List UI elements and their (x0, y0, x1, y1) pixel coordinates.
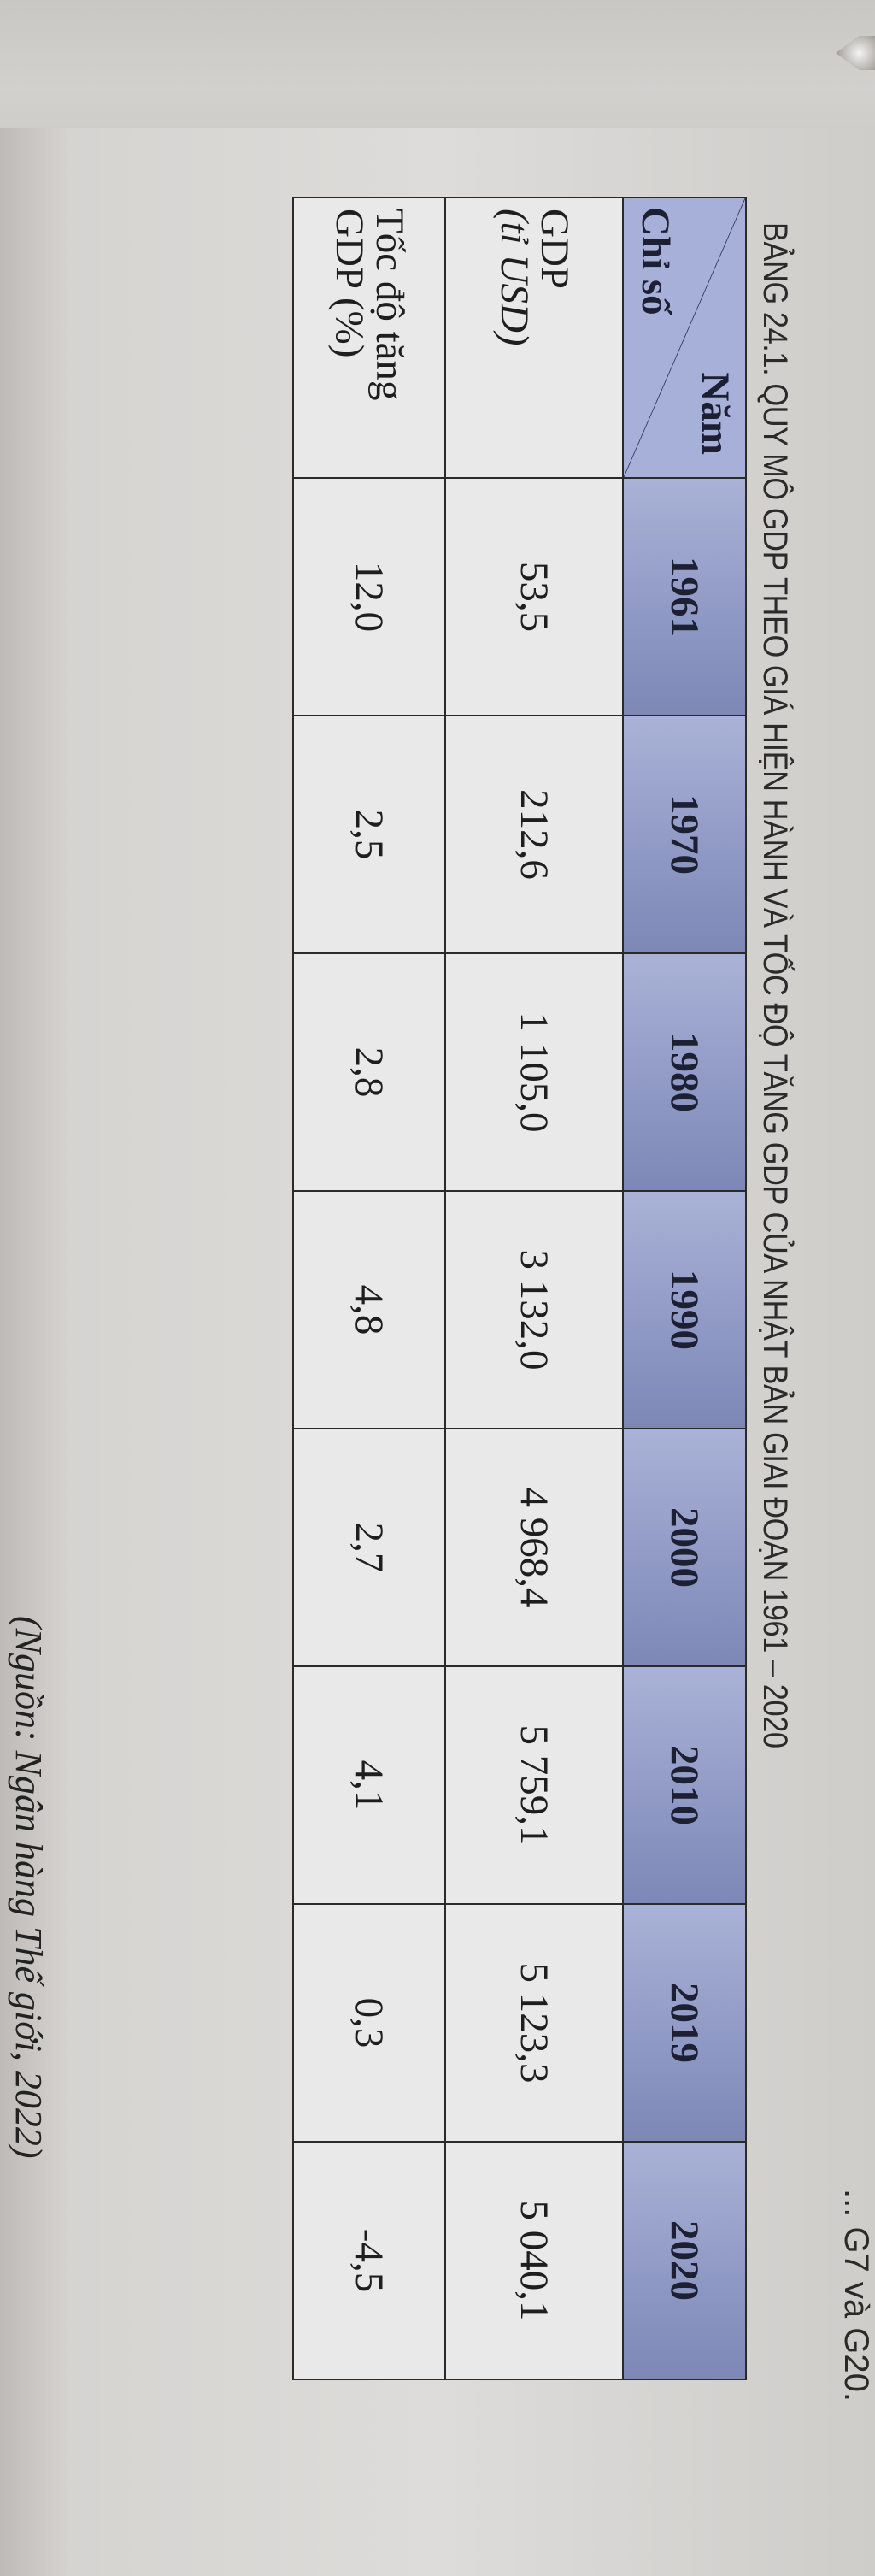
year-header: 1961 (623, 478, 746, 716)
table-cell: 2,5 (293, 716, 445, 953)
table-cell: 2,8 (293, 953, 445, 1191)
table-cell: 4,8 (293, 1191, 445, 1429)
table-cell: 4 968,4 (445, 1429, 623, 1666)
header-row: Năm Chỉ số 1961 1970 1980 1990 2000 2010… (623, 197, 746, 2379)
source-note: (Nguồn: Ngân hàng Thế giới, 2022) (7, 1616, 50, 2159)
table-cell: 5 759,1 (445, 1666, 623, 1904)
table-row-gdp: GDP (tỉ USD) 53,5 212,6 1 105,0 3 132,0 … (445, 197, 623, 2379)
textbook-page: ... G7 và G20. BẢNG 24.1. QUY MÔ GDP THE… (0, 0, 875, 2576)
table-cell: 53,5 (445, 478, 623, 716)
table-cell: 212,6 (445, 716, 623, 953)
table-cell: 2,7 (293, 1429, 445, 1666)
table-cell: 0,3 (293, 1904, 445, 2142)
table-cell: 1 105,0 (445, 953, 623, 1191)
gdp-table: Năm Chỉ số 1961 1970 1980 1990 2000 2010… (292, 197, 747, 2380)
table-cell: 12,0 (293, 478, 445, 716)
year-header: 1980 (623, 953, 746, 1191)
corner-header: Năm Chỉ số (623, 197, 746, 478)
year-header: 2000 (623, 1429, 746, 1666)
row-label-unit: (tỉ USD) (494, 209, 534, 477)
table-cell: 5 040,1 (445, 2142, 623, 2379)
table-cell: 3 132,0 (445, 1191, 623, 1429)
table-cell: 5 123,3 (445, 1904, 623, 2142)
row-label: GDP (tỉ USD) (445, 197, 623, 478)
row-label-title: Tốc độ tăng (369, 209, 409, 477)
year-header: 2019 (623, 1904, 746, 2142)
year-label: Năm (692, 372, 738, 455)
table-cell: -4,5 (293, 2142, 445, 2379)
year-header: 2020 (623, 2142, 746, 2379)
year-header: 2010 (623, 1666, 746, 1904)
row-label: Tốc độ tăng GDP (%) (293, 197, 445, 478)
table-row-growth: Tốc độ tăng GDP (%) 12,0 2,5 2,8 4,8 2,7… (293, 197, 445, 2379)
table-caption: BẢNG 24.1. QUY MÔ GDP THEO GIÁ HIỆN HÀNH… (755, 222, 794, 1748)
index-label: Chỉ số (632, 207, 678, 315)
row-label-unit: GDP (%) (329, 209, 369, 477)
year-header: 1990 (623, 1191, 746, 1429)
previous-text-fragment: ... G7 và G20. (837, 2189, 875, 2402)
row-label-title: GDP (534, 209, 574, 477)
table-cell: 4,1 (293, 1666, 445, 1904)
year-header: 1970 (623, 716, 746, 953)
